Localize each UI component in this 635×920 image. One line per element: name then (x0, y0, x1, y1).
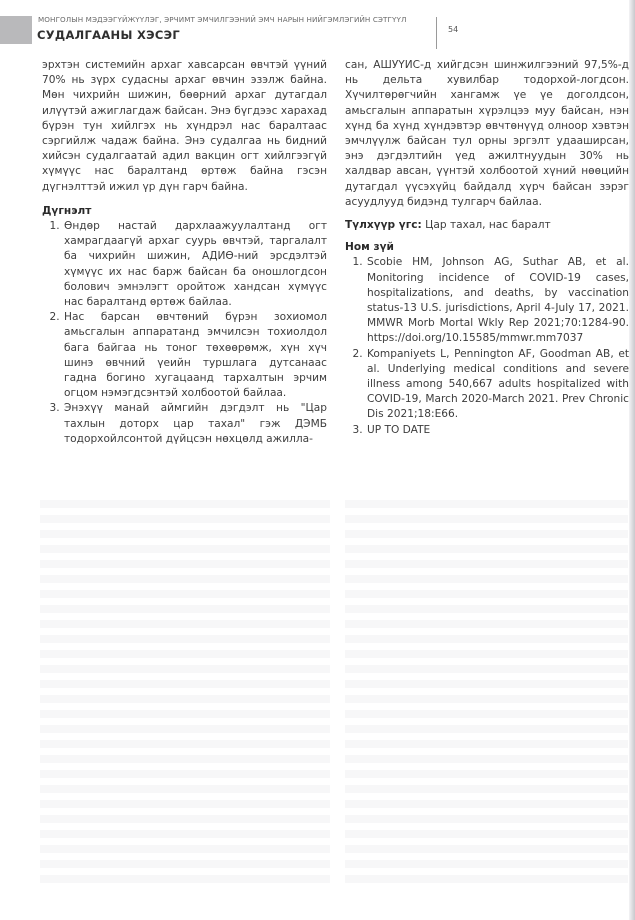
journal-name: МОНГОЛЫН МЭДЭЭГҮЙЖҮҮЛЭГ, ЭРЧИМТ ЭМЧИЛГЭЭ… (38, 15, 407, 24)
conclusion-item: Энэхүү манай аймгийн дэгдэлт нь "Цар тах… (63, 401, 327, 447)
header-divider (436, 17, 437, 49)
intro-paragraph: эрхтэн системийн архаг хавсарсан өвчтэй … (42, 58, 327, 195)
conclusion-item: Өндөр настай дархлаажуулалтанд огт хамра… (63, 219, 327, 310)
references-heading: Ном зүй (345, 240, 629, 255)
right-column: сан, АШУҮИС-д хийгдсэн шинжилгээний 97,5… (345, 58, 629, 438)
page-number: 54 (448, 25, 458, 34)
page-edge-shadow (629, 0, 635, 920)
keywords-label: Түлхүүр үгс: (345, 219, 422, 231)
keywords: Түлхүүр үгс: Цар тахал, нас баралт (345, 218, 629, 233)
reference-item: UP TO DATE (366, 423, 629, 438)
conclusion-list: Өндөр настай дархлаажуулалтанд огт хамра… (42, 219, 327, 447)
left-column: эрхтэн системийн архаг хавсарсан өвчтэй … (42, 58, 327, 447)
reference-item: Kompaniyets L, Pennington AF, Goodman AB… (366, 347, 629, 423)
conclusion-item: Нас барсан өвчтөний бүрэн зохиомол амьсг… (63, 310, 327, 401)
references-list: Scobie HM, Johnson AG, Suthar AB, et al.… (345, 255, 629, 437)
conclusion-heading: Дүгнэлт (42, 204, 327, 219)
reverse-page-bleed-right (345, 500, 628, 885)
page-header: МОНГОЛЫН МЭДЭЭГҮЙЖҮҮЛЭГ, ЭРЧИМТ ЭМЧИЛГЭЭ… (0, 0, 635, 50)
section-title: СУДАЛГААНЫ ХЭСЭГ (37, 28, 180, 42)
header-accent-bar (0, 16, 32, 44)
reverse-page-bleed-left (40, 500, 330, 885)
reference-item: Scobie HM, Johnson AG, Suthar AB, et al.… (366, 255, 629, 346)
keywords-value: Цар тахал, нас баралт (422, 219, 551, 231)
continued-paragraph: сан, АШУҮИС-д хийгдсэн шинжилгээний 97,5… (345, 58, 629, 210)
